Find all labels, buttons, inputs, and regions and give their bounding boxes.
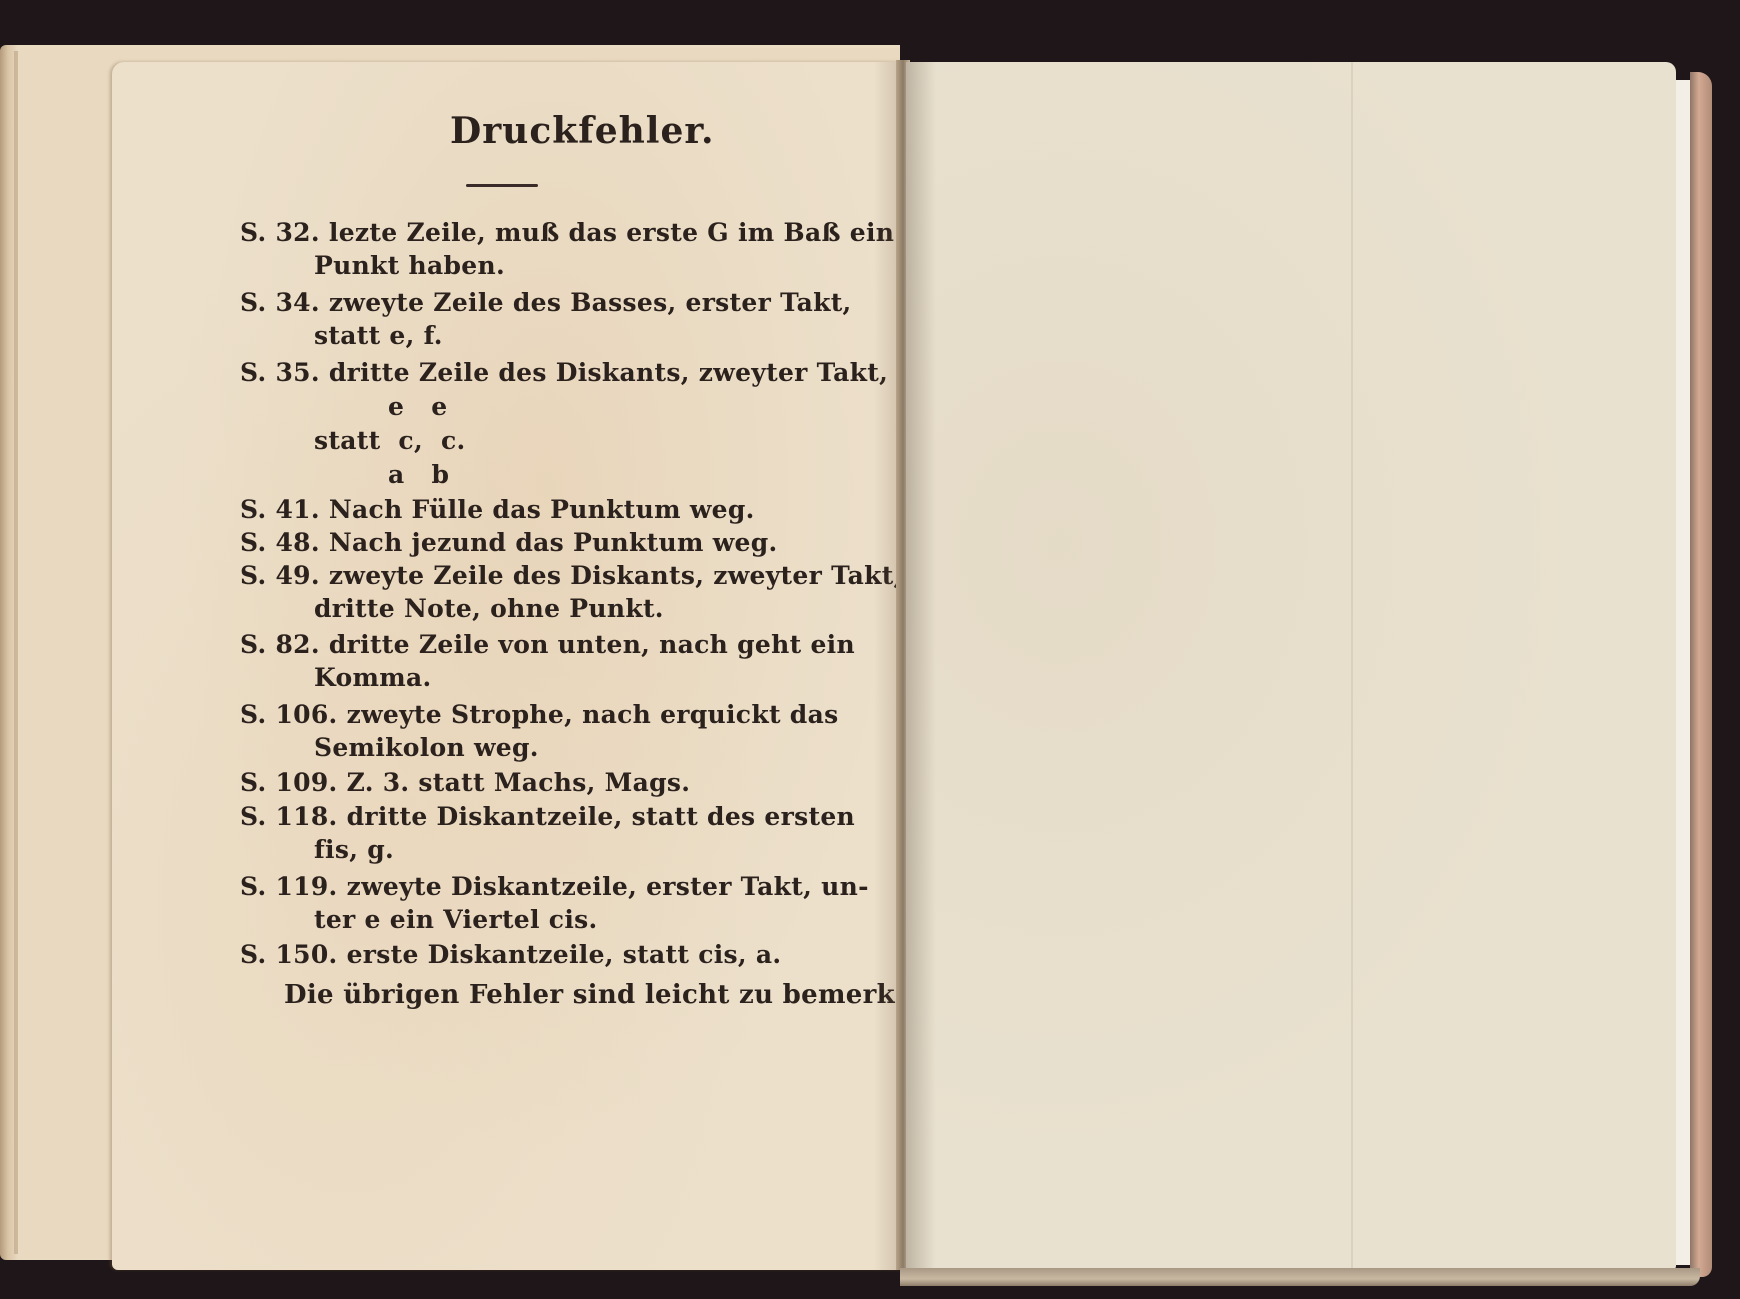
entry-page: S. 41. <box>240 495 320 524</box>
entry-page: S. 48. <box>240 528 320 557</box>
errata-entry: S. 82. dritte Zeile von unten, nach geht… <box>240 630 855 659</box>
entry-text: Nach jezund das Punktum weg. <box>329 528 778 557</box>
entry-text: dritte Diskantzeile, statt des ersten <box>347 802 855 831</box>
right-blank-page <box>906 62 1676 1270</box>
page-title: Druckfehler. <box>450 110 715 152</box>
entry-text: erste Diskantzeile, statt cis, a. <box>347 940 782 969</box>
entry-text: Nach Fülle das Punktum weg. <box>329 495 755 524</box>
notation-middle: statt c, c. <box>314 426 465 455</box>
entry-page: S. 118. <box>240 802 338 831</box>
entry-page: S. 34. <box>240 288 320 317</box>
entry-page: S. 32. <box>240 218 320 247</box>
entry-text: lezte Zeile, muß das erste G im Baß ein <box>329 218 894 247</box>
entry-text: zweyte Diskantzeile, erster Takt, un- <box>347 872 869 901</box>
right-cover-edge <box>1690 72 1712 1277</box>
notation-above: e e <box>388 392 447 421</box>
entry-continuation: Punkt haben. <box>314 251 505 280</box>
left-page: Druckfehler. S. 32. lezte Zeile, muß das… <box>112 62 902 1270</box>
notation-below: a b <box>388 460 449 489</box>
errata-entry: S. 106. zweyte Strophe, nach erquickt da… <box>240 700 838 729</box>
entry-page: S. 35. <box>240 358 320 387</box>
errata-entry: S. 34. zweyte Zeile des Basses, erster T… <box>240 288 852 317</box>
errata-entry: S. 49. zweyte Zeile des Diskants, zweyte… <box>240 561 903 590</box>
errata-entry: S. 41. Nach Fülle das Punktum weg. <box>240 495 755 524</box>
title-rule <box>466 184 538 187</box>
book-spread: Druckfehler. S. 32. lezte Zeile, muß das… <box>0 0 1740 1299</box>
errata-entry: S. 32. lezte Zeile, muß das erste G im B… <box>240 218 894 247</box>
errata-entry: S. 48. Nach jezund das Punktum weg. <box>240 528 778 557</box>
closing-remark: Die übrigen Fehler sind leicht zu bemerk… <box>284 980 940 1010</box>
errata-entry: S. 119. zweyte Diskantzeile, erster Takt… <box>240 872 869 901</box>
entry-page: S. 119. <box>240 872 338 901</box>
entry-text: zweyte Zeile des Basses, erster Takt, <box>329 288 852 317</box>
bottom-cover-edge <box>900 1268 1700 1286</box>
entry-text: zweyte Zeile des Diskants, zweyter Takt, <box>329 561 903 590</box>
entry-continuation: Komma. <box>314 663 431 692</box>
entry-continuation: fis, g. <box>314 835 394 864</box>
entry-page: S. 49. <box>240 561 320 590</box>
entry-page: S. 150. <box>240 940 338 969</box>
page-fold-line <box>1351 62 1353 1270</box>
entry-continuation: Semikolon weg. <box>314 733 539 762</box>
errata-entry: S. 150. erste Diskantzeile, statt cis, a… <box>240 940 781 969</box>
errata-entry: S. 35. dritte Zeile des Diskants, zweyte… <box>240 358 888 387</box>
entry-text: dritte Zeile von unten, nach geht ein <box>329 630 855 659</box>
entry-text: Z. 3. statt Machs, Mags. <box>347 768 691 797</box>
entry-continuation: dritte Note, ohne Punkt. <box>314 594 664 623</box>
entry-continuation: statt e, f. <box>314 321 443 350</box>
entry-page: S. 109. <box>240 768 338 797</box>
errata-entry: S. 118. dritte Diskantzeile, statt des e… <box>240 802 855 831</box>
entry-page: S. 106. <box>240 700 338 729</box>
entry-text: zweyte Strophe, nach erquickt das <box>347 700 839 729</box>
entry-page: S. 82. <box>240 630 320 659</box>
entry-continuation: ter e ein Viertel cis. <box>314 905 598 934</box>
entry-text: dritte Zeile des Diskants, zweyter Takt, <box>329 358 888 387</box>
errata-entry: S. 109. Z. 3. statt Machs, Mags. <box>240 768 690 797</box>
